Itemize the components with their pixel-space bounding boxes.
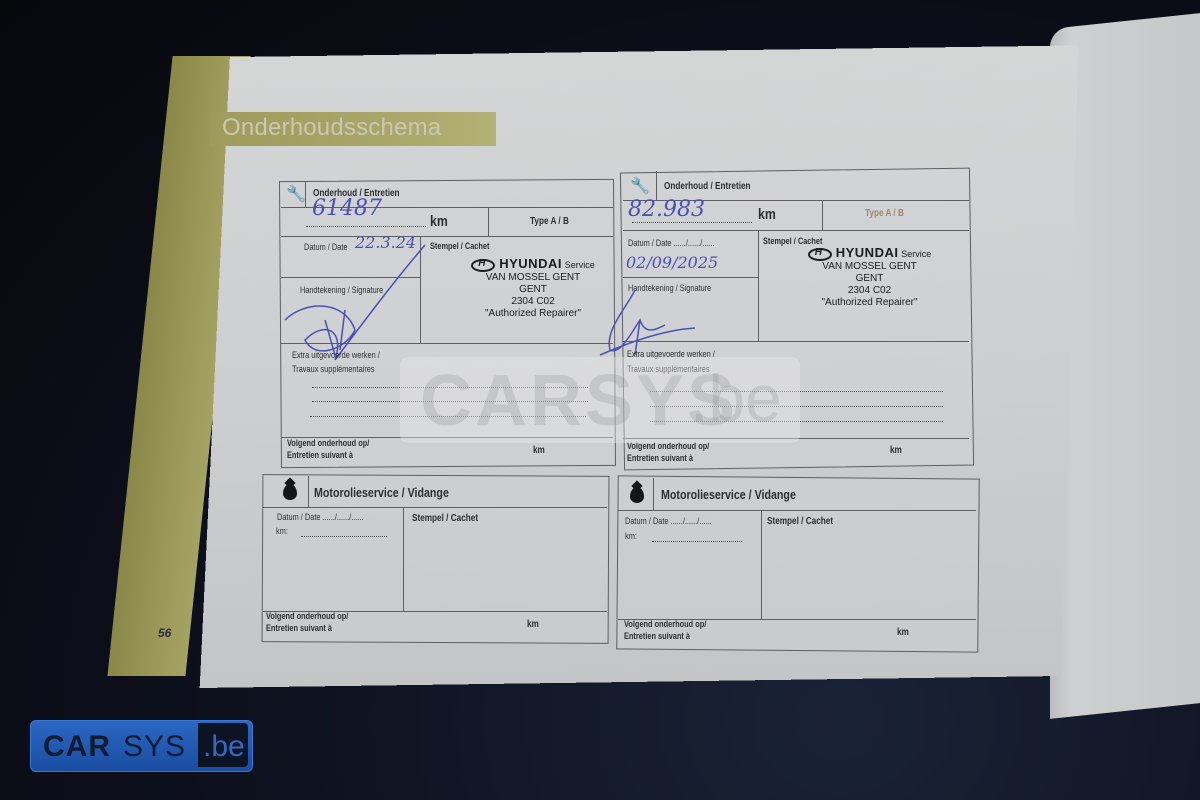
page-number: 56 <box>158 626 171 640</box>
extra-works-label-1: Extra uitgevoerde werken / <box>292 350 380 360</box>
oil-drop-icon <box>630 487 644 503</box>
dealer-stamp: HYUNDAI Service VAN MOSSEL GENT GENT 230… <box>782 247 957 309</box>
date-label: Datum / Date ....../....../...... <box>628 238 715 248</box>
logo-car: CAR <box>43 730 111 764</box>
next-service-label-2: Entretien suivant à <box>627 453 693 463</box>
type-label: Type A / B <box>865 208 904 219</box>
km-unit: km <box>430 213 448 230</box>
wrench-icon: 🔧 <box>630 176 650 196</box>
next-service-label-2: Entretien suivant à <box>266 623 332 633</box>
logo-be: .be <box>203 730 245 764</box>
oil-km-label: km: <box>625 531 637 541</box>
next-service-unit: km <box>897 627 909 638</box>
date-value: 02/09/2025 <box>626 253 718 272</box>
wrench-icon: 🔧 <box>286 184 306 204</box>
dealer-stamp: HYUNDAI Service VAN MOSSEL GENT GENT 230… <box>448 258 618 320</box>
signature-2 <box>595 280 705 360</box>
next-service-unit: km <box>890 445 902 456</box>
km-unit: km <box>758 206 776 223</box>
km-field-line[interactable] <box>306 226 426 227</box>
oil-stamp-label: Stempel / Cachet <box>412 513 478 524</box>
section-title: Onderhoudsschema <box>222 114 441 142</box>
logo-sys: SYS <box>123 730 186 764</box>
oil-stamp-label: Stempel / Cachet <box>767 516 833 527</box>
km-field-line[interactable] <box>632 222 752 223</box>
entry-header: Onderhoud / Entretien <box>664 181 751 192</box>
oil-header: Motorolieservice / Vidange <box>661 487 796 502</box>
type-label: Type A / B <box>530 216 569 227</box>
stamp-label: Stempel / Cachet <box>430 241 489 251</box>
oil-km-label: km: <box>276 526 288 536</box>
hyundai-logo-icon <box>471 259 495 272</box>
oil-km-line[interactable] <box>652 541 742 542</box>
extra-works-label-2: Travaux supplémentaires <box>292 364 375 374</box>
km-value: 61487 <box>312 196 382 221</box>
oil-drop-icon <box>283 484 297 500</box>
oil-km-line[interactable] <box>301 536 387 537</box>
next-service-label-1: Volgend onderhoud op/ <box>266 611 348 621</box>
oil-header: Motorolieservice / Vidange <box>314 485 449 500</box>
next-service-label-1: Volgend onderhoud op/ <box>287 438 369 448</box>
carsys-logo: CAR SYS .be <box>30 720 253 772</box>
hyundai-logo-icon <box>808 248 832 261</box>
next-service-unit: km <box>527 619 539 630</box>
stamp-label: Stempel / Cachet <box>763 236 822 246</box>
next-service-label-1: Volgend onderhoud op/ <box>624 619 706 629</box>
next-service-label-2: Entretien suivant à <box>624 631 690 641</box>
km-value: 82.983 <box>628 197 705 222</box>
oil-date-label: Datum / Date ....../....../...... <box>277 512 364 522</box>
watermark-suffix: .be <box>690 360 782 436</box>
next-service-unit: km <box>533 445 545 456</box>
oil-date-label: Datum / Date ....../....../...... <box>625 516 712 526</box>
next-service-label-2: Entretien suivant à <box>287 450 353 460</box>
